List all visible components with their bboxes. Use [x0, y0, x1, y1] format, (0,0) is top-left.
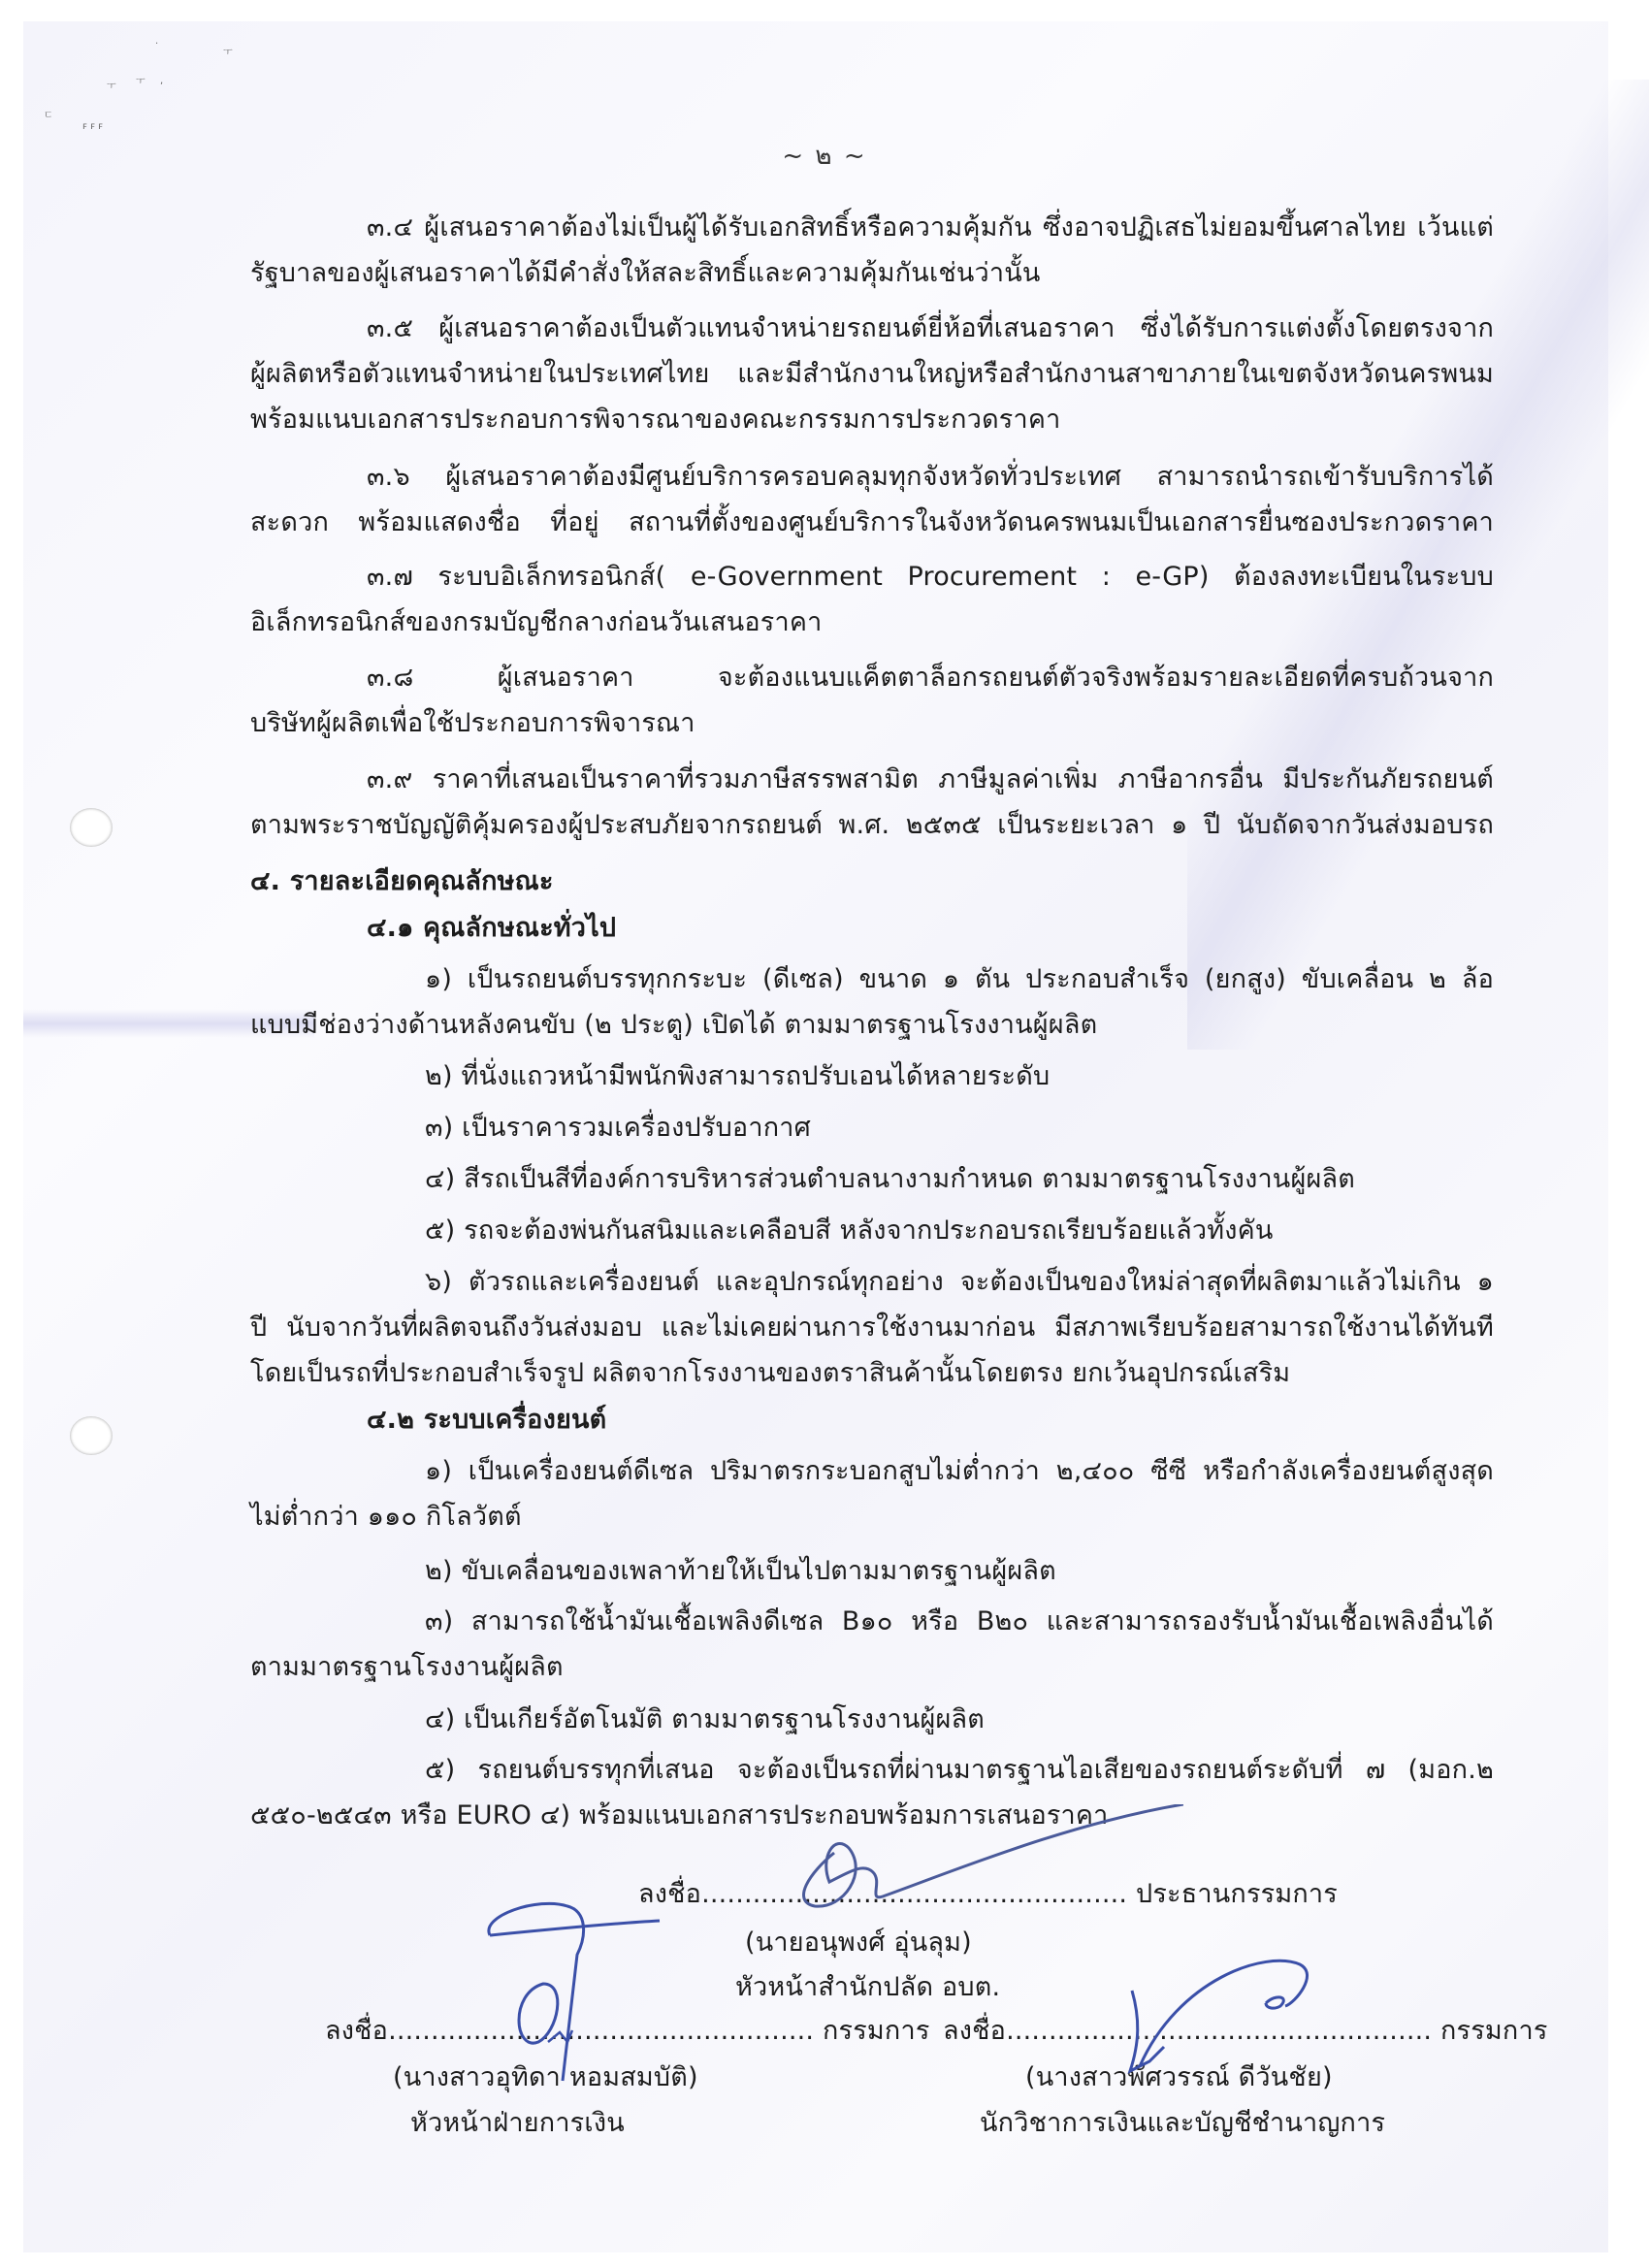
spec-4-1-item-4: ๔) สีรถเป็นสีที่องค์การบริหารส่วนตำบลนาง… [425, 1163, 1355, 1196]
spec-4-2-item-5-line-1: ๕) รถยนต์บรรทุกที่เสนอ จะต้องเป็นรถที่ผ่… [425, 1754, 1494, 1787]
scan-artifacts: · ㅜ ㅜ ㅜ , ㄷ ꜰ ꜰ ꜰ [39, 29, 252, 146]
member-right-sign-line: ลงชื่อ..................................… [943, 2015, 1548, 2048]
spec-4-1-item-6-line-3: โดยเป็นรถที่ประกอบสำเร็จรูป ผลิตจากโรงงา… [250, 1357, 1290, 1390]
spec-4-1-item-3: ๓) เป็นราคารวมเครื่องปรับอากาศ [425, 1112, 811, 1145]
clause-3-5-line-1: ๓.๕ ผู้เสนอราคาต้องเป็นตัวแทนจำหน่ายรถยน… [367, 312, 1494, 345]
spec-4-2-item-4: ๔) เป็นเกียร์อัตโนมัติ ตามมาตรฐานโรงงานผ… [425, 1703, 985, 1736]
section-4-1-heading: ๔.๑ คุณลักษณะทั่วไป [367, 912, 616, 945]
clause-3-4-line-2: รัฐบาลของผู้เสนอราคาได้มีคำสั่งให้สละสิท… [250, 257, 1041, 290]
hole-punch-mark [70, 808, 113, 847]
spec-4-2-item-3-line-2: ตามมาตรฐานโรงงานผู้ผลิต [250, 1651, 564, 1684]
clause-3-9-line-1: ๓.๙ ราคาที่เสนอเป็นราคาที่รวมภาษีสรรพสาม… [367, 763, 1494, 796]
clause-3-8-line-1: ๓.๘ ผู้เสนอราคา จะต้องแนบแค็ตตาล็อกรถยนต… [367, 662, 1494, 695]
clause-3-7-line-1: ๓.๗ ระบบอิเล็กทรอนิกส์( e-Government Pro… [367, 561, 1494, 594]
member-left-sign-line: ลงชื่อ..................................… [325, 2015, 930, 2048]
page-number: ~ ๒ ~ [0, 136, 1649, 176]
spec-4-1-item-2: ๒) ที่นั่งแถวหน้ามีพนักพิงสามารถปรับเอนไ… [425, 1060, 1050, 1093]
spec-4-1-item-1-line-2: แบบมีช่องว่างด้านหลังคนขับ (๒ ประตู) เปิ… [250, 1009, 1097, 1042]
spec-4-1-item-6-line-2: ปี นับจากวันที่ผลิตจนถึงวันส่งมอบ และไม่… [250, 1312, 1494, 1345]
section-4-heading: ๔. รายละเอียดคุณลักษณะ [250, 865, 554, 898]
clause-3-6-line-2: สะดวก พร้อมแสดงชื่อ ที่อยู่ สถานที่ตั้งข… [250, 506, 1494, 539]
section-4-2-heading: ๔.๒ ระบบเครื่องยนต์ [367, 1404, 606, 1437]
spec-4-1-item-6-line-1: ๖) ตัวรถและเครื่องยนต์ และอุปกรณ์ทุกอย่า… [425, 1266, 1494, 1299]
spec-4-1-item-5: ๕) รถจะต้องพ่นกันสนิมและเคลือบสี หลังจาก… [425, 1215, 1274, 1247]
spec-4-2-item-2: ๒) ขับเคลื่อนของเพลาท้ายให้เป็นไปตามมาตร… [425, 1555, 1056, 1588]
spec-4-2-item-1-line-1: ๑) เป็นเครื่องยนต์ดีเซล ปริมาตรกระบอกสูบ… [425, 1455, 1494, 1488]
member-left-name: (นางสาวอุทิดา หอมสมบัติ) [393, 2061, 698, 2094]
clause-3-7-line-2: อิเล็กทรอนิกส์ของกรมบัญชีกลางก่อนวันเสนอ… [250, 606, 822, 639]
spec-4-2-item-1-line-2: ไม่ต่ำกว่า ๑๑๐ กิโลวัตต์ [250, 1501, 522, 1534]
clause-3-6-line-1: ๓.๖ ผู้เสนอราคาต้องมีศูนย์บริการครอบคลุม… [367, 461, 1494, 494]
member-right-name: (นางสาวพัศวรรณ์ ดีวันชัย) [1025, 2061, 1333, 2094]
clause-3-5-line-2: ผู้ผลิตหรือตัวแทนจำหน่ายในประเทศไทย และม… [250, 358, 1494, 391]
member-right-position: นักวิชาการเงินและบัญชีชำนาญการ [980, 2107, 1385, 2140]
clause-3-4-line-1: ๓.๔ ผู้เสนอราคาต้องไม่เป็นผู้ได้รับเอกสิ… [367, 211, 1494, 244]
chair-sign-line: ลงชื่อ..................................… [638, 1878, 1338, 1911]
clause-3-5-line-3: พร้อมแนบเอกสารประกอบการพิจารณาของคณะกรรม… [250, 404, 1061, 437]
member-left-position: หัวหน้าฝ่ายการเงิน [410, 2107, 625, 2140]
chair-name: (นายอนุพงศ์ อุ่นลุม) [745, 1927, 972, 1960]
chair-position: หัวหน้าสำนักปลัด อบต. [735, 1971, 1000, 2004]
scanned-page [23, 21, 1608, 2252]
spec-4-2-item-5-line-2: ๕๕๐-๒๕๔๓ หรือ EURO ๔) พร้อมแนบเอกสารประก… [250, 1799, 1109, 1832]
clause-3-9-line-2: ตามพระราชบัญญัติคุ้มครองผู้ประสบภัยจากรถ… [250, 809, 1494, 842]
hole-punch-mark [70, 1416, 113, 1455]
clause-3-8-line-2: บริษัทผู้ผลิตเพื่อใช้ประกอบการพิจารณา [250, 707, 695, 740]
spec-4-2-item-3-line-1: ๓) สามารถใช้น้ำมันเชื้อเพลิงดีเซล B๑๐ หร… [425, 1605, 1494, 1638]
spec-4-1-item-1-line-1: ๑) เป็นรถยนต์บรรทุกกระบะ (ดีเซล) ขนาด ๑ … [425, 963, 1494, 996]
